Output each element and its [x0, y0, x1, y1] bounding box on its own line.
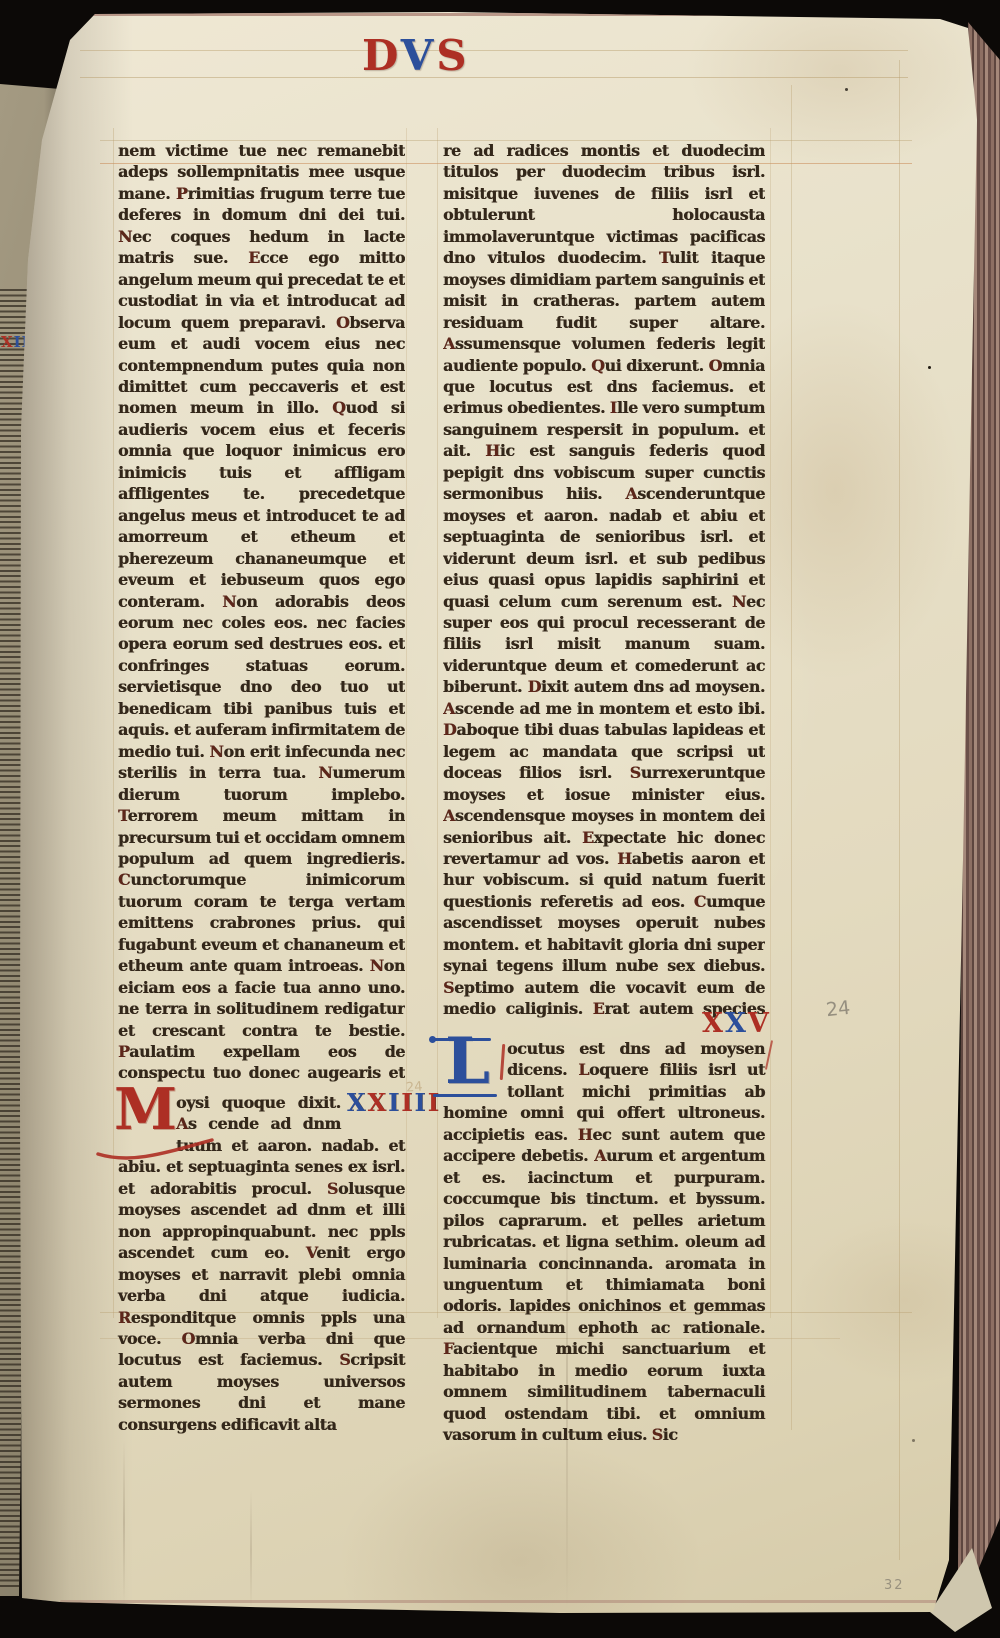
page-bottom-edge — [60, 1600, 940, 1603]
pencil-folio-number: 32 — [884, 1578, 905, 1593]
ruling-line-vertical — [899, 60, 900, 1560]
ink-speck — [845, 88, 848, 91]
manuscript-page: DVS nem victime tue nec remanebit adeps … — [0, 0, 1000, 1638]
ruling-line-vertical — [406, 128, 407, 1318]
left-column-chapter-24: M XXIIII oysi quoque dixit. As cende ad … — [118, 1092, 405, 1307]
crease-mark — [123, 1440, 125, 1605]
ruling-line — [80, 50, 908, 51]
initial-l-knob — [429, 1036, 436, 1043]
running-title: DVS — [362, 36, 470, 76]
ink-speck — [928, 366, 931, 369]
initial-m-frame: M — [118, 1092, 176, 1138]
faint-margin-chapter-note: 24 — [405, 1079, 423, 1095]
chapter-numeral-25: XXV — [702, 1010, 771, 1038]
initial-l-bottom-bar — [433, 1094, 497, 1097]
right-column-text-upper: re ad radices montis et duodecim titulos… — [443, 140, 765, 1020]
initial-l-top-bar — [433, 1038, 491, 1041]
pencil-chapter-note: 24 — [825, 997, 851, 1021]
initial-l-frame: L — [443, 1038, 507, 1102]
crease-mark — [250, 1490, 252, 1610]
ruling-line — [80, 77, 908, 78]
ruling-line-vertical — [437, 128, 438, 1318]
right-column-chapter-25: L ocutus est dns ad moysen dicens. Loque… — [443, 1038, 765, 1313]
ink-speck — [912, 1439, 915, 1442]
chapter-numeral-24: XXIIII — [347, 1090, 441, 1114]
ruling-line-vertical — [770, 128, 771, 1318]
left-column-text-upper: nem victime tue nec remanebit adeps soll… — [118, 140, 405, 1084]
chapter-25-initial: L — [445, 1032, 490, 1092]
manuscript-photo: XII DVS nem victime tue nec remanebit ad… — [0, 0, 1000, 1638]
ruling-line-vertical — [791, 85, 792, 1430]
initial-l-red-flourish — [500, 1044, 506, 1080]
chapter-24-initial: M — [114, 1084, 177, 1136]
page-top-edge — [92, 13, 968, 16]
